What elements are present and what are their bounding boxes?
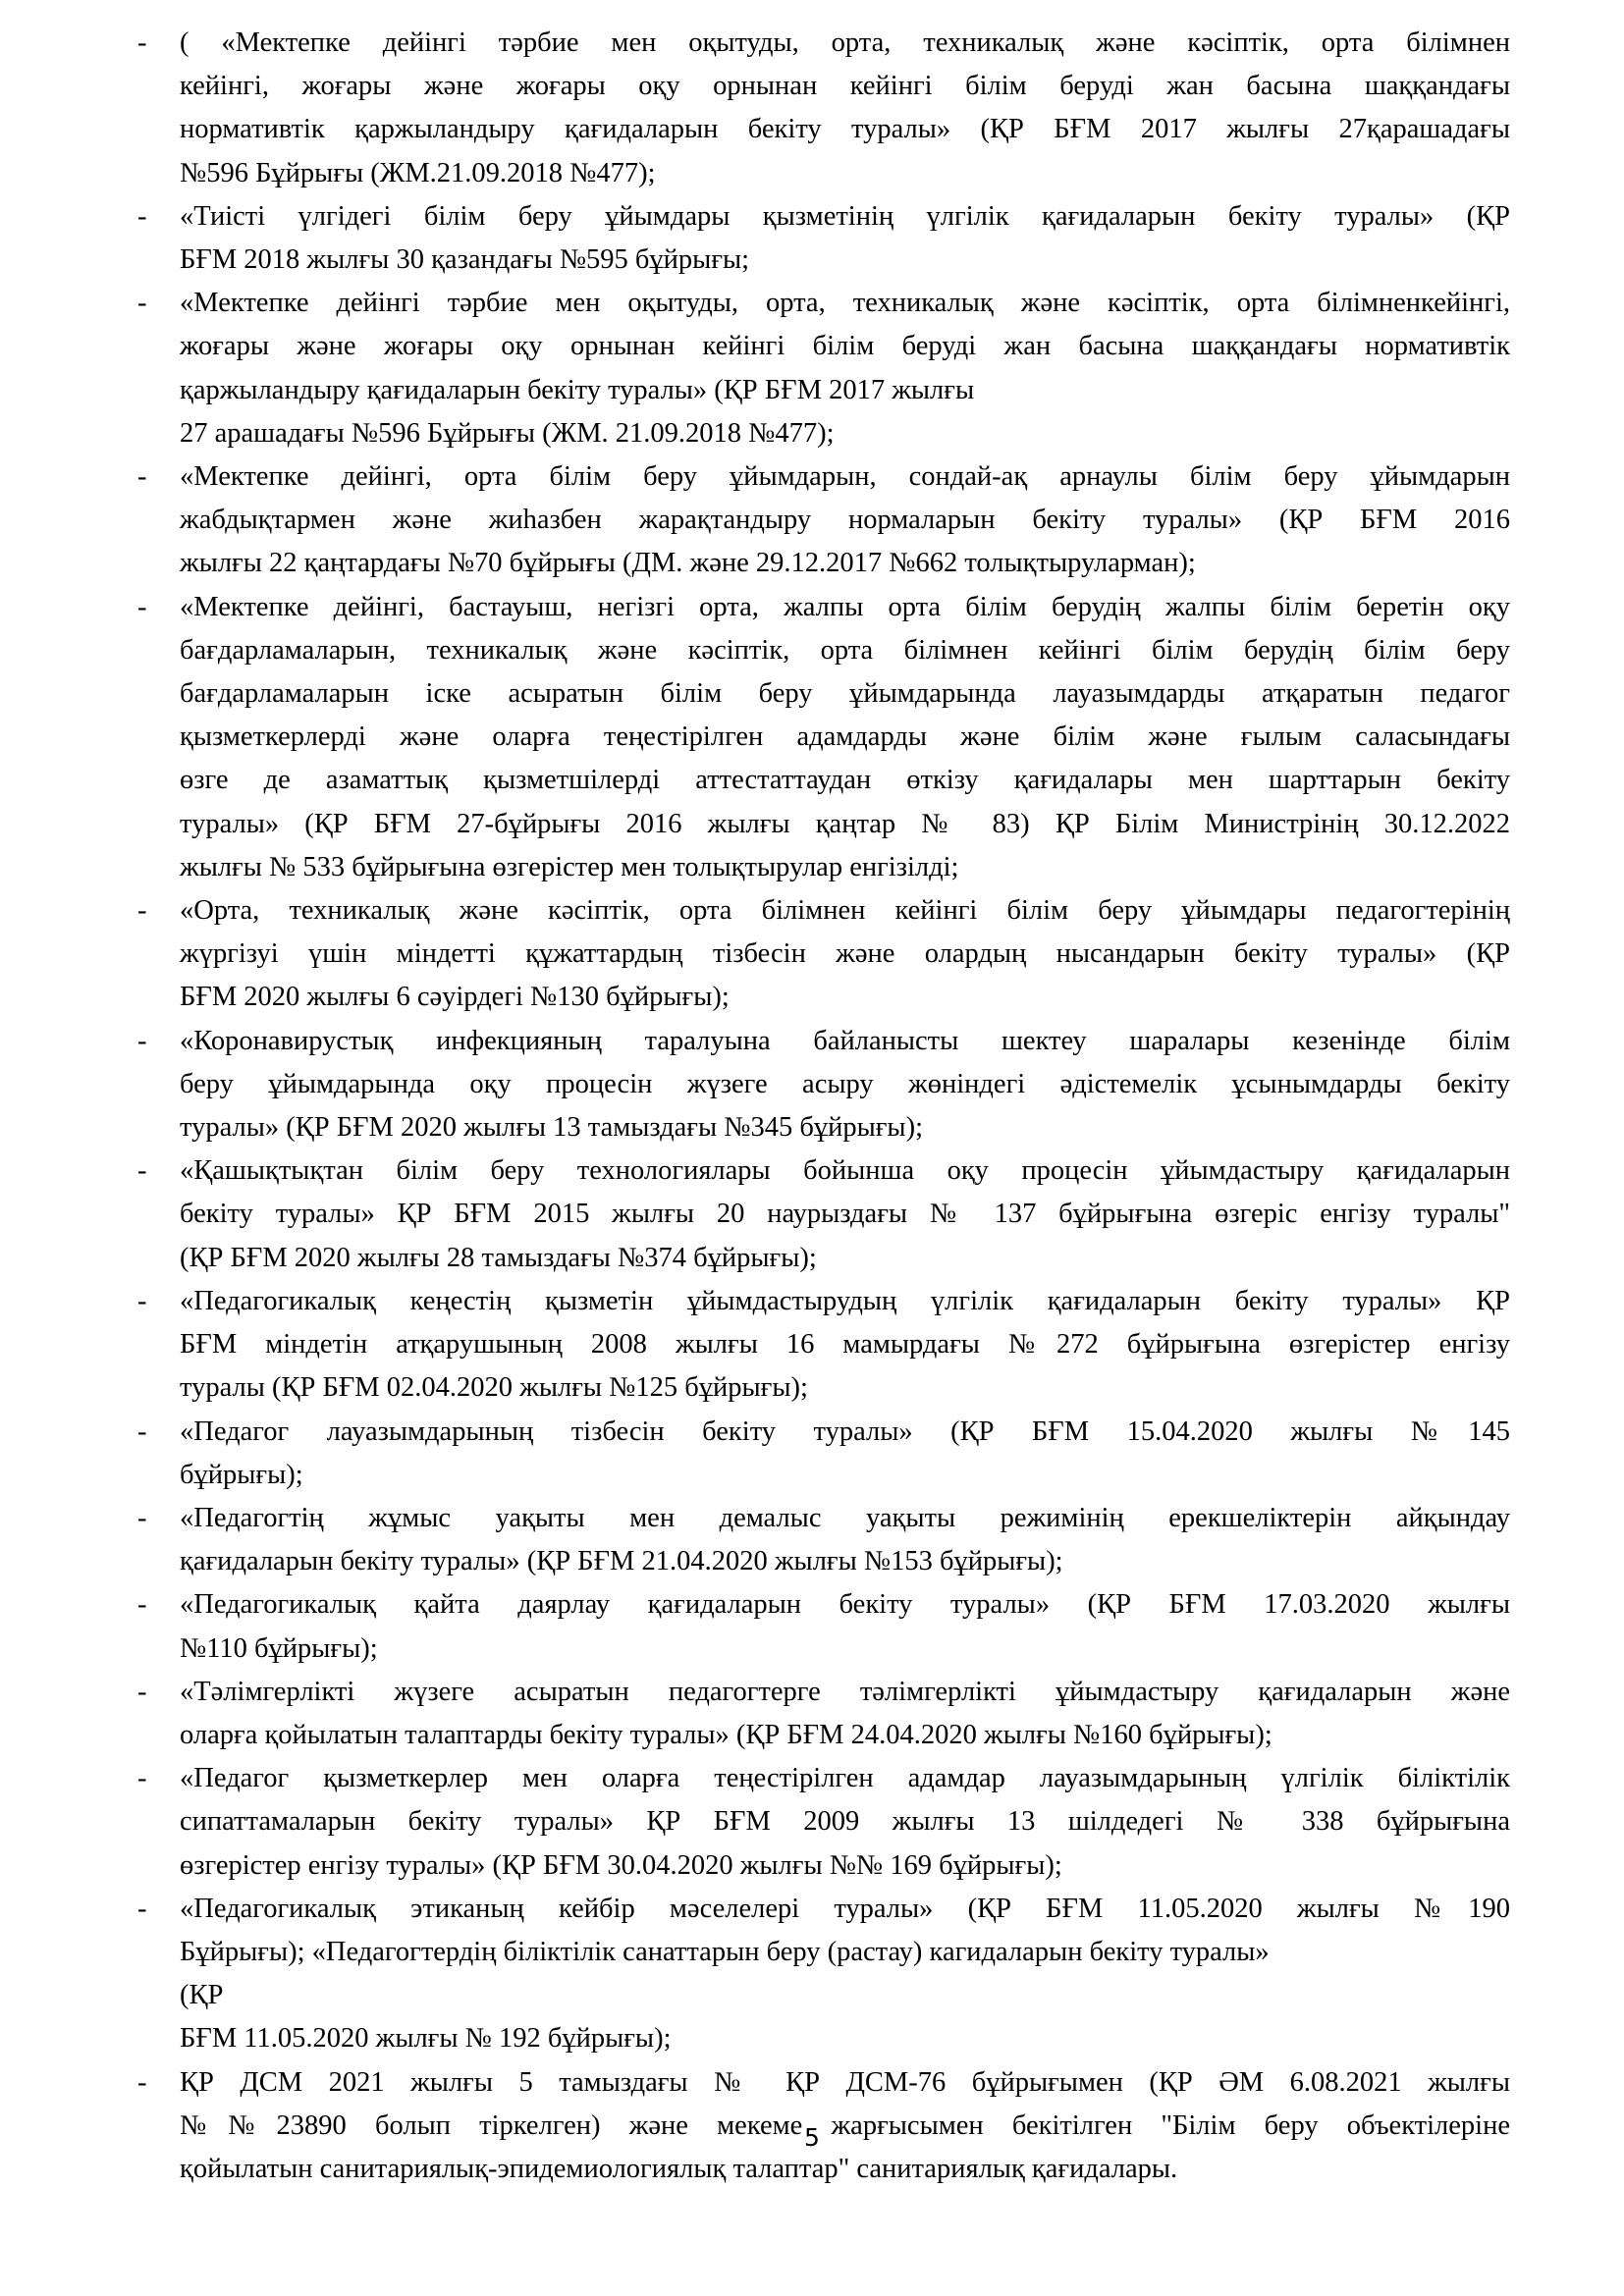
list-item: -«Орта, техникалық және кәсіптік, орта б…: [137, 889, 1510, 1020]
list-bullet: -: [137, 1888, 157, 1931]
list-item: -«Қашықтықтан білім беру технологиялары …: [137, 1149, 1510, 1280]
list-bullet: -: [137, 1583, 157, 1627]
list-item: -«Тәлімгерлікті жүзеге асыратын педагогт…: [137, 1671, 1510, 1757]
list-item-line: туралы» (ҚР БҒМ 27-бұйрығы 2016 жылғы қа…: [180, 803, 1510, 846]
list-item-line: бағдарламаларын, техникалық және кәсіпті…: [180, 629, 1510, 672]
list-item-line: «Тиісті үлгідегі білім беру ұйымдары қыз…: [180, 195, 1510, 239]
list-item-line: оларға қойылатын талаптарды бекіту турал…: [180, 1714, 1510, 1757]
list-item-line: жүргізуі үшін міндетті құжаттардың тізбе…: [180, 933, 1510, 976]
list-item-line: «Педагогикалық кеңестің қызметін ұйымдас…: [180, 1280, 1510, 1323]
list-item: - «Педагог қызметкерлер мен оларға теңес…: [137, 1757, 1510, 1888]
list-item-line: «Орта, техникалық және кәсіптік, орта бі…: [180, 889, 1510, 933]
list-item-line: «Мектепке дейінгі, орта білім беру ұйымд…: [180, 455, 1510, 499]
list-item: -( «Мектепке дейінгі тәрбие мен оқытуды,…: [137, 22, 1510, 195]
list-item-line: БҒМ 2018 жылғы 30 қазандағы №595 бұйрығы…: [180, 239, 1510, 282]
list-item-line: қағидаларын бекіту туралы» (ҚР БҒМ 21.04…: [180, 1540, 1510, 1583]
list-item-line: 27 арашадағы №596 Бұйрығы (ЖМ. 21.09.201…: [180, 412, 1510, 455]
list-item: -«Мектепке дейінгі, бастауыш, негізгі ор…: [137, 586, 1510, 889]
list-item-line: «Мектепке дейінгі тәрбие мен оқытуды, ор…: [180, 282, 1510, 325]
list-item-line: қызметкерлерді және оларға теңестірілген…: [180, 716, 1510, 759]
list-item-line: ҚР ДСМ 2021 жылғы 5 тамыздағы № ҚР ДСМ-7…: [180, 2061, 1510, 2105]
list-bullet: -: [137, 586, 157, 629]
list-item: -«Педагог лауазымдарының тізбесін бекіту…: [137, 1411, 1510, 1497]
list-item-line: туралы» (ҚР БҒМ 2020 жылғы 13 тамыздағы …: [180, 1106, 1510, 1149]
list-item-line: жылғы 22 қаңтардағы №70 бұйрығы (ДМ. жән…: [180, 542, 1510, 585]
list-item-line: БҒМ міндетін атқарушының 2008 жылғы 16 м…: [180, 1323, 1510, 1366]
list-bullet: -: [137, 2061, 157, 2105]
list-bullet: -: [137, 1497, 157, 1540]
list-item-line: «Педагогикалық этиканың кейбір мәселелер…: [180, 1888, 1510, 1931]
list-item-line: (ҚР: [180, 1974, 1510, 2017]
list-item-line: №110 бұйрығы);: [180, 1628, 1510, 1671]
list-item: - «Коронавирустық инфекцияның таралуына …: [137, 1020, 1510, 1150]
list-item-line: «Мектепке дейінгі, бастауыш, негізгі орт…: [180, 586, 1510, 629]
list-bullet: -: [137, 22, 157, 65]
list-bullet: -: [137, 195, 157, 239]
list-item-line: жылғы № 533 бұйрығына өзгерістер мен тол…: [180, 846, 1510, 889]
list-item-line: өзге де азаматтық қызметшілерді аттестат…: [180, 759, 1510, 802]
list-item-line: БҒМ 2020 жылғы 6 сәуірдегі №130 бұйрығы)…: [180, 976, 1510, 1019]
list-item-line: нормативтік қаржыландыру қағидаларын бек…: [180, 108, 1510, 151]
list-item: -«Педагогтің жұмыс уақыты мен демалыс уа…: [137, 1497, 1510, 1583]
list-item-line: қойылатын санитариялық-эпидемиологиялық …: [180, 2148, 1510, 2191]
list-item: -«Педагогикалық қайта даярлау қағидалары…: [137, 1583, 1510, 1670]
list-bullet: -: [137, 1149, 157, 1193]
list-item-line: жабдықтармен және жиһазбен жарақтандыру …: [180, 499, 1510, 542]
list-item-line: (ҚР БҒМ 2020 жылғы 28 тамыздағы №374 бұй…: [180, 1237, 1510, 1280]
list-item-line: туралы (ҚР БҒМ 02.04.2020 жылғы №125 бұй…: [180, 1366, 1510, 1410]
list-item: -«Мектепке дейінгі, орта білім беру ұйым…: [137, 455, 1510, 586]
list-item-line: №596 Бұйрығы (ЖМ.21.09.2018 №477);: [180, 152, 1510, 195]
page-number: 5: [0, 2123, 1624, 2152]
list-bullet: -: [137, 1411, 157, 1454]
list-item-line: Бұйрығы); «Педагогтердің біліктілік сана…: [180, 1931, 1510, 1974]
list-item: - «Тиісті үлгідегі білім беру ұйымдары қ…: [137, 195, 1510, 282]
list-item-line: «Тәлімгерлікті жүзеге асыратын педагогте…: [180, 1671, 1510, 1714]
list-item-line: кейінгі, жоғары және жоғары оқу орнынан …: [180, 65, 1510, 108]
list-bullet: -: [137, 1280, 157, 1323]
list-item-line: өзгерістер енгізу туралы» (ҚР БҒМ 30.04.…: [180, 1844, 1510, 1888]
list-bullet: -: [137, 1020, 157, 1063]
list-item-line: «Коронавирустық инфекцияның таралуына ба…: [180, 1020, 1510, 1063]
list-item-line: бекіту туралы» ҚР БҒМ 2015 жылғы 20 наур…: [180, 1193, 1510, 1236]
list-bullet: -: [137, 282, 157, 325]
list-bullet: -: [137, 1757, 157, 1800]
list-item: -«Педагогикалық кеңестің қызметін ұйымда…: [137, 1280, 1510, 1411]
list-item-line: «Педагог қызметкерлер мен оларға теңесті…: [180, 1757, 1510, 1800]
regulations-list: -( «Мектепке дейінгі тәрбие мен оқытуды,…: [137, 22, 1510, 2191]
list-bullet: -: [137, 889, 157, 933]
list-item-line: «Педагогикалық қайта даярлау қағидаларын…: [180, 1583, 1510, 1627]
list-item-line: бұйрығы);: [180, 1454, 1510, 1497]
list-item-line: жоғары және жоғары оқу орнынан кейінгі б…: [180, 325, 1510, 368]
list-item-line: БҒМ 11.05.2020 жылғы № 192 бұйрығы);: [180, 2017, 1510, 2060]
list-bullet: -: [137, 1671, 157, 1714]
list-item: -«Педагогикалық этиканың кейбір мәселеле…: [137, 1888, 1510, 2061]
list-item-line: қаржыландыру қағидаларын бекіту туралы» …: [180, 369, 1510, 412]
list-item-line: сипаттамаларын бекіту туралы» ҚР БҒМ 200…: [180, 1800, 1510, 1843]
list-item-line: «Қашықтықтан білім беру технологиялары б…: [180, 1149, 1510, 1193]
list-item-line: бағдарламаларын іске асыратын білім беру…: [180, 672, 1510, 716]
document-page: -( «Мектепке дейінгі тәрбие мен оқытуды,…: [0, 0, 1624, 2296]
list-item-line: «Педагогтің жұмыс уақыты мен демалыс уақ…: [180, 1497, 1510, 1540]
list-item: -«Мектепке дейінгі тәрбие мен оқытуды, о…: [137, 282, 1510, 455]
list-item-line: «Педагог лауазымдарының тізбесін бекіту …: [180, 1411, 1510, 1454]
list-item-line: беру ұйымдарында оқу процесін жүзеге асы…: [180, 1063, 1510, 1106]
list-bullet: -: [137, 455, 157, 499]
list-item-line: ( «Мектепке дейінгі тәрбие мен оқытуды, …: [180, 22, 1510, 65]
